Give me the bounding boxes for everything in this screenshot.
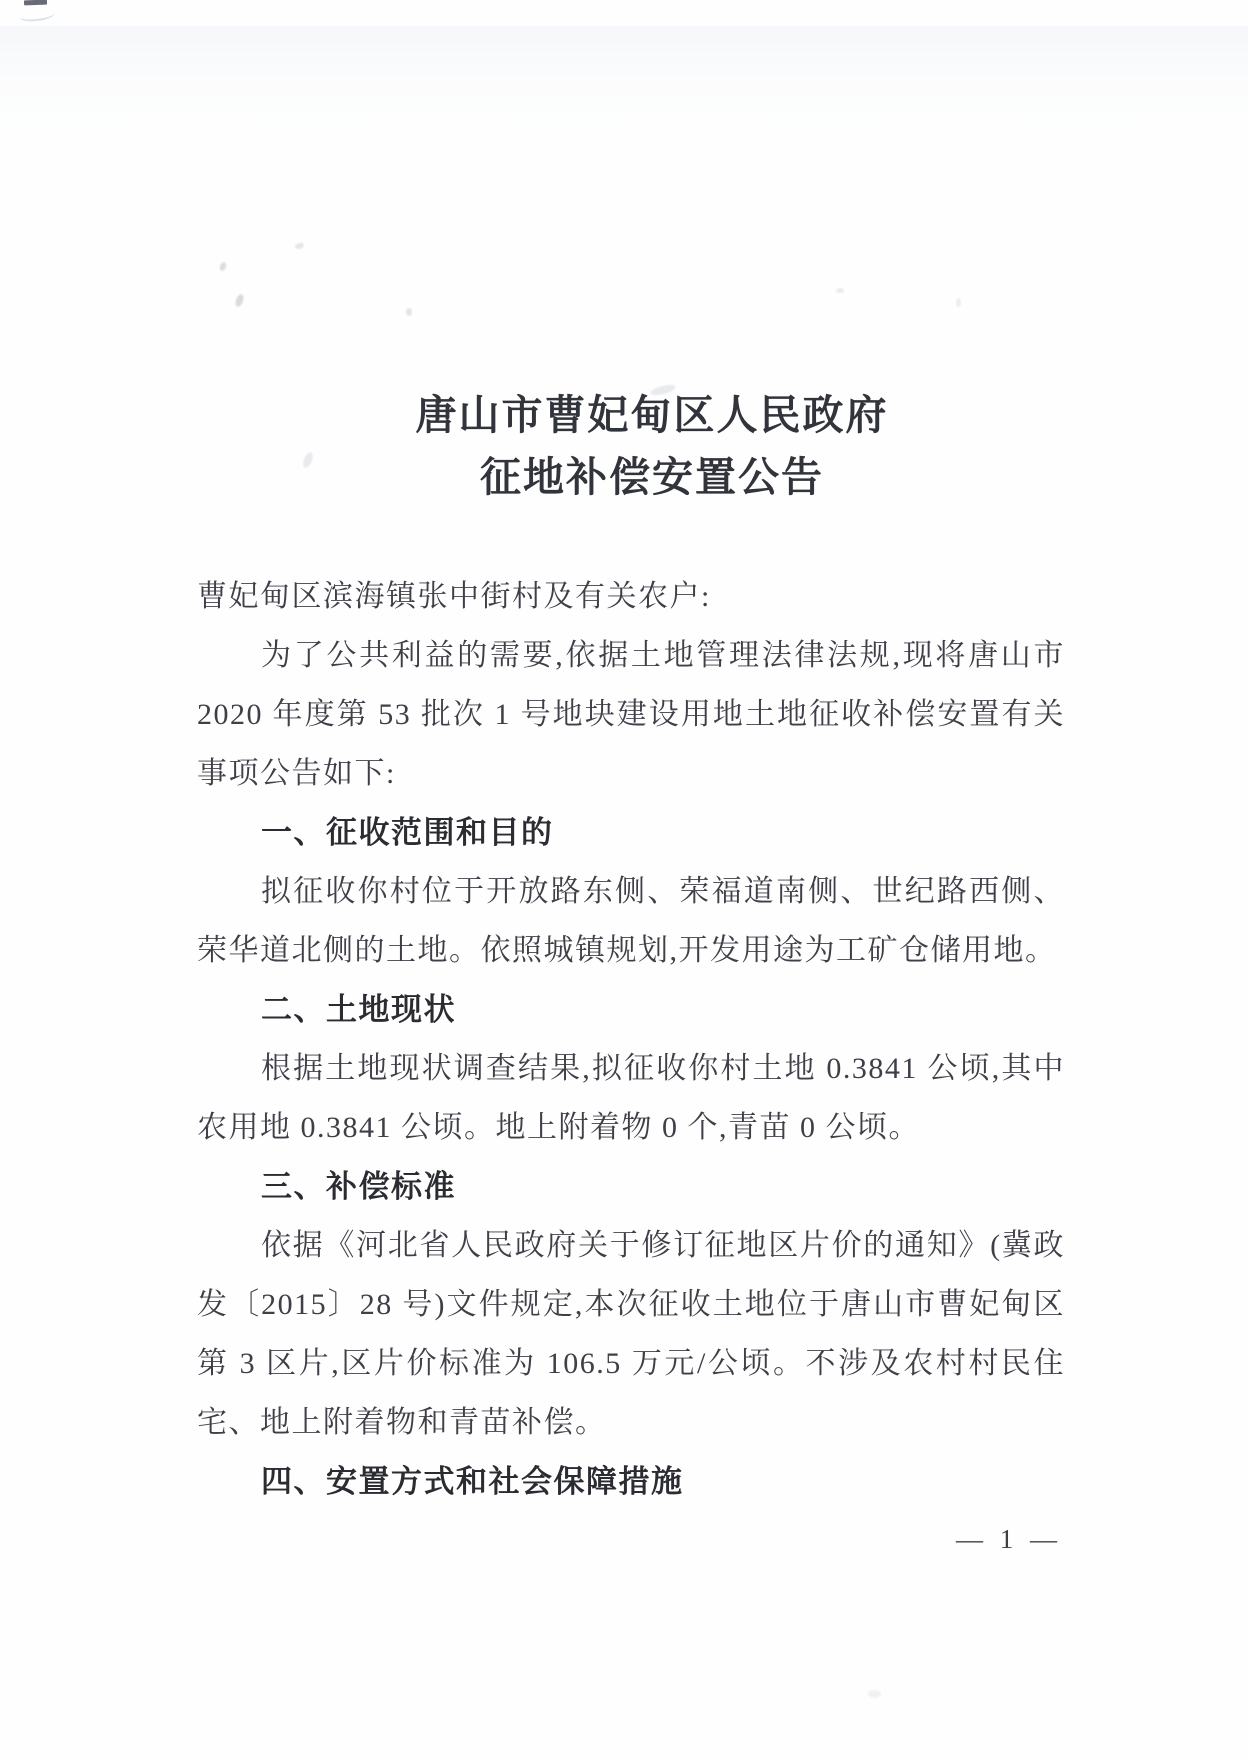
scan-speck xyxy=(294,242,304,250)
scan-speck xyxy=(234,293,245,308)
scan-mark-corner-light xyxy=(18,6,55,23)
document-page: 唐山市曹妃甸区人民政府 征地补偿安置公告 曹妃甸区滨海镇张中街村及有关农户: 为… xyxy=(0,0,1248,1760)
doc-body: 曹妃甸区滨海镇张中街村及有关农户: 为了公共利益的需要,依据土地管理法律法规,现… xyxy=(197,567,1065,1511)
page-number: — 1 — xyxy=(956,1524,1062,1555)
section-heading-1: 一、征收范围和目的 xyxy=(197,803,1065,862)
doc-title: 唐山市曹妃甸区人民政府 征地补偿安置公告 xyxy=(0,384,1248,508)
doc-title-line-2: 征地补偿安置公告 xyxy=(56,446,1248,508)
section-heading-4: 四、安置方式和社会保障措施 xyxy=(197,1452,1065,1511)
scan-speck xyxy=(406,308,412,316)
scan-speck xyxy=(868,1690,881,1698)
scan-speck xyxy=(218,261,227,272)
scan-mark-corner-dark xyxy=(24,0,47,5)
section-heading-2: 二、土地现状 xyxy=(197,980,1065,1039)
paragraph-compensation: 依据《河北省人民政府关于修订征地区片价的通知》(冀政发〔2015〕28 号)文件… xyxy=(197,1216,1065,1452)
scan-speck xyxy=(956,298,961,307)
paragraph-land-status: 根据土地现状调查结果,拟征收你村土地 0.3841 公顷,其中农用地 0.384… xyxy=(197,1039,1065,1157)
salutation-line: 曹妃甸区滨海镇张中街村及有关农户: xyxy=(197,567,1065,626)
scan-speck xyxy=(836,288,844,293)
paragraph-scope: 拟征收你村位于开放路东侧、荣福道南侧、世纪路西侧、荣华道北侧的土地。依照城镇规划… xyxy=(197,862,1065,980)
section-heading-3: 三、补偿标准 xyxy=(197,1157,1065,1216)
scan-tint xyxy=(0,26,1248,146)
paragraph-intro: 为了公共利益的需要,依据土地管理法律法规,现将唐山市 2020 年度第 53 批… xyxy=(197,626,1065,803)
doc-title-line-1: 唐山市曹妃甸区人民政府 xyxy=(56,384,1248,446)
